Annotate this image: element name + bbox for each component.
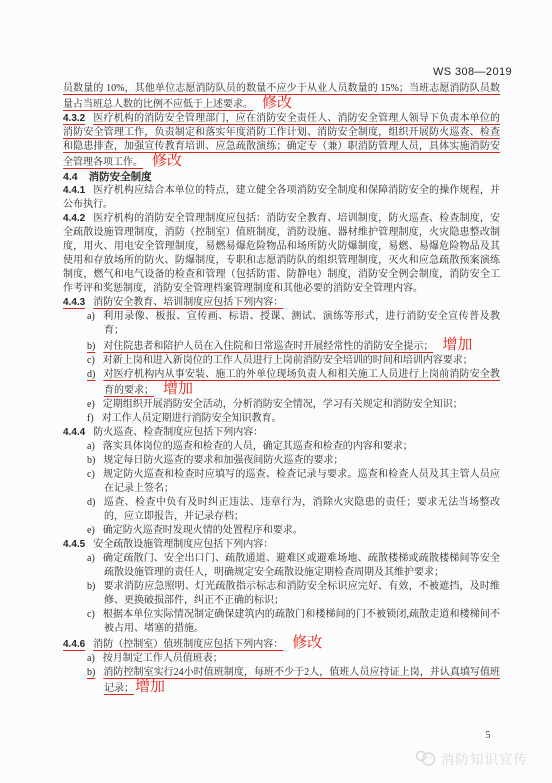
section-title: 消防安全制度 — [89, 171, 152, 183]
list-item: b)对住院患者和陪护人员在入住院和日常巡查时开展经常性的消防安全提示；增加 — [63, 338, 500, 354]
section-number: 4.4 — [63, 171, 78, 183]
list-item: d)对医疗机构内从事安装、施工的外单位现场负责人和相关施工人员进行上岗前消防安全… — [63, 368, 500, 398]
list-item: c)根据本单位实际情况制定确保建筑内的疏散门和楼梯间的门不被锁闭,疏散走道和楼梯… — [63, 608, 500, 636]
clause-text: 医疗机构应结合本单位的特点，建立健全各项消防安全制度和保障消防安全的操作规程，并… — [63, 185, 500, 210]
list-item: a)按月制定工作人员值班表； — [63, 652, 500, 666]
list-item: b)消防控制室实行24小时值班制度，每班不少于2人，值班人员应持证上岗，并认真填… — [63, 666, 500, 696]
watermark-logo-icon — [414, 749, 436, 767]
clause-number: 4.3.2 — [63, 113, 85, 124]
clause-number: 4.4.1 — [63, 185, 85, 196]
revision-note: 修改 — [152, 153, 182, 169]
clause-text: 安全疏散设施管理制度应包括下列内容： — [93, 539, 273, 550]
clause-number: 4.4.5 — [63, 539, 85, 550]
list-item-text: 根据本单位实际情况制定确保建筑内的疏散门和楼梯间的门不被锁闭,疏散走道和楼梯间不… — [103, 609, 500, 634]
clause-4-4-4: 4.4.4防火巡查、检查制度应包括下列内容： — [63, 426, 500, 440]
document-body: 员数量的 10%，其他单位志愿消防队员的数量不应少于从业人员数量的 15%；当班… — [63, 82, 500, 696]
clause-number: 4.4.6 — [63, 639, 85, 650]
list-item-letter: a) — [87, 311, 103, 322]
list-item: b)规定每日防火巡查的要求和加强夜间防火巡查的要求； — [63, 454, 500, 468]
list-item-text: 对住院患者和陪护人员在入住院和日常巡查时开展经常性的消防安全提示； — [103, 341, 433, 352]
list-item-letter: b) — [87, 667, 103, 678]
list-item-letter: e) — [87, 525, 103, 536]
list-item-letter: d) — [87, 369, 103, 380]
standard-code-header: WS 308—2019 — [0, 66, 512, 78]
list-item-text: 落实具体岗位的巡查和检查的人员，确定其巡查和检查的内容和要求； — [103, 441, 413, 452]
list-item-text: 按月制定工作人员值班表； — [103, 653, 223, 664]
list-item-letter: a) — [87, 441, 103, 452]
list-item-letter: a) — [87, 553, 103, 564]
list-item: a)确定疏散门、安全出口门、疏散通道、避难区或避难场地、疏散楼梯或疏散楼梯间等安… — [63, 552, 500, 580]
list-item-letter: c) — [87, 355, 103, 366]
list-item: c)对新上岗和进入新岗位的工作人员进行上岗前消防安全培训的时间和培训内容要求； — [63, 354, 500, 368]
list-item: b)要求消防应急照明、灯光疏散指示标志和消防安全标识应完好、有效，不被遮挡，及时… — [63, 580, 500, 608]
list-item-text: 确定防火巡查时发现火情的处置程序和要求。 — [103, 525, 303, 536]
list-item-letter: d) — [87, 497, 103, 508]
clause-number: 4.4.2 — [63, 213, 85, 224]
watermark: 消防知识宣传 — [414, 748, 528, 768]
document-page: WS 308—2019 员数量的 10%，其他单位志愿消防队员的数量不应少于从业… — [0, 0, 552, 783]
list-item: a)落实具体岗位的巡查和检查的人员，确定其巡查和检查的内容和要求； — [63, 440, 500, 454]
clause-4-4-5: 4.4.5安全疏散设施管理制度应包括下列内容： — [63, 538, 500, 552]
list-item-letter: c) — [87, 469, 103, 480]
list-item-letter: a) — [87, 653, 103, 664]
clause-4-4-1: 4.4.1医疗机构应结合本单位的特点，建立健全各项消防安全制度和保障消防安全的操… — [63, 184, 500, 212]
list-item: a)利用录像、板报、宣传画、标语、授课、测试、演练等形式，进行消防安全宣传普及教… — [63, 310, 500, 338]
clause-text: 防火巡查、检查制度应包括下列内容： — [93, 427, 263, 438]
clause-4-4-2: 4.4.2医疗机构的消防安全管理制度应包括：消防安全教育、培训制度，防火巡查、检… — [63, 212, 500, 296]
clause-text: 医疗机构的消防安全管理部门，应在消防安全责任人、消防安全管理人领导下负责本单位的… — [63, 113, 500, 168]
list-item-text: 确定疏散门、安全出口门、疏散通道、避难区或避难场地、疏散楼梯或疏散楼梯间等安全疏… — [103, 553, 500, 578]
list-item-text: 定期组织开展消防安全活动，分析消防安全情况，学习有关规定和消防安全知识； — [103, 399, 463, 410]
list-item-text: 要求消防应急照明、灯光疏散指示标志和消防安全标识应完好、有效，不被遮挡，及时维修… — [103, 581, 500, 606]
revision-note: 增加 — [163, 381, 193, 397]
list-item-text: 对新上岗和进入新岗位的工作人员进行上岗前消防安全培训的时间和培训内容要求； — [103, 355, 473, 366]
list-item-text: 规定每日防火巡查的要求和加强夜间防火巡查的要求； — [103, 455, 343, 466]
list-item: e)确定防火巡查时发现火情的处置程序和要求。 — [63, 524, 500, 538]
list-item-text: 巡查、检查中负有及时纠正违法、违章行为，消除火灾隐患的责任；要求无法当场整改的，… — [103, 497, 500, 522]
list-item-letter: b) — [87, 455, 103, 466]
clause-text: 消防（控制室）值班制度应包括下列内容： — [93, 639, 283, 650]
carryover-paragraph: 员数量的 10%，其他单位志愿消防队员的数量不应少于从业人员数量的 15%；当班… — [63, 82, 500, 112]
list-item: d)巡查、检查中负有及时纠正违法、违章行为，消除火灾隐患的责任；要求无法当场整改… — [63, 496, 500, 524]
clause-4-4-3: 4.4.3消防安全教育、培训制度应包括下列内容： — [63, 296, 500, 310]
clause-number: 4.4.4 — [63, 427, 85, 438]
clause-text: 消防安全教育、培训制度应包括下列内容： — [93, 297, 283, 308]
list-item-letter: f) — [87, 413, 102, 424]
clause-4-4-6: 4.4.6消防（控制室）值班制度应包括下列内容：修改 — [63, 636, 500, 652]
revision-note: 增加 — [442, 337, 472, 353]
list-item: c)规定防火巡查和检查时应填写的巡查、检查记录与要求。巡查和检查人员及其主管人员… — [63, 468, 500, 496]
clause-4-3-2: 4.3.2医疗机构的消防安全管理部门，应在消防安全责任人、消防安全管理人领导下负… — [63, 112, 500, 170]
list-item-letter: e) — [87, 399, 103, 410]
list-item-text: 规定防火巡查和检查时应填写的巡查、检查记录与要求。巡查和检查人员及其主管人员应在… — [103, 469, 500, 494]
list-item: e)定期组织开展消防安全活动，分析消防安全情况，学习有关规定和消防安全知识； — [63, 398, 500, 412]
revision-note: 修改 — [292, 635, 322, 651]
list-item: f)对工作人员定期进行消防安全知识教育。 — [63, 412, 500, 426]
list-item-text: 对工作人员定期进行消防安全知识教育。 — [102, 413, 282, 424]
revision-note: 增加 — [135, 679, 165, 695]
watermark-text: 消防知识宣传 — [441, 748, 528, 768]
section-heading-4-4: 4.4消防安全制度 — [63, 170, 500, 184]
list-item-text: 利用录像、板报、宣传画、标语、授课、测试、演练等形式，进行消防安全宣传普及教育； — [103, 311, 500, 336]
page-number: 5 — [478, 730, 498, 741]
list-item-letter: b) — [87, 341, 103, 352]
list-item-letter: b) — [87, 581, 103, 592]
clause-number: 4.4.3 — [63, 297, 85, 308]
revision-note: 修改 — [262, 95, 292, 111]
list-item-letter: c) — [87, 609, 103, 620]
clause-text: 医疗机构的消防安全管理制度应包括：消防安全教育、培训制度，防火巡查、检查制度，安… — [63, 213, 500, 294]
